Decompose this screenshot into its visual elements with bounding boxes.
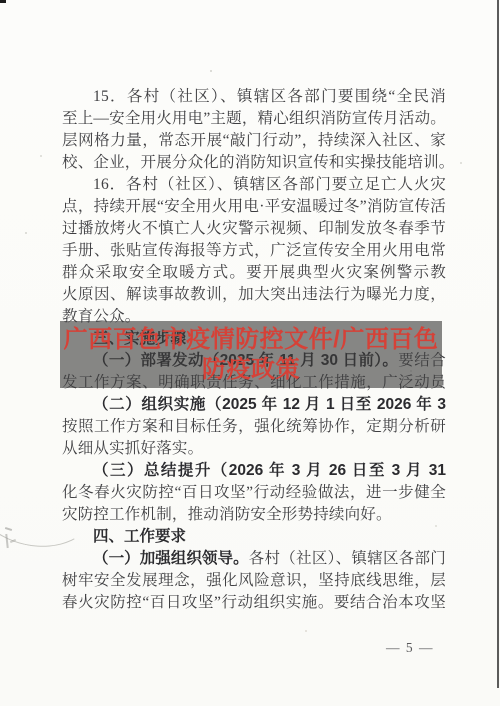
text-segment: 从细从实抓好落实。 bbox=[62, 440, 203, 457]
text-segment: 火原因、解读事故教训，加大突出违法行为曝光力度，警示企业、 bbox=[62, 286, 446, 306]
document-line-7: 过播放烤火不慎亡人火灾警示视频、印制发放冬春季节消防宣传 bbox=[62, 218, 446, 240]
text-segment: 按照工作方案和目标任务，强化统筹协作，定期分析研判，从严 bbox=[62, 418, 446, 438]
document-line-23: 树牢安全发展理念，强化风险意识，坚持底线思维，层层抓好冬 bbox=[62, 570, 446, 592]
text-segment: 点，持续开展“安全用火用电·平安温暖过冬”消防宣传活动，通 bbox=[62, 198, 446, 218]
page-number: — 5 — bbox=[386, 640, 434, 656]
document-line-24: 春火灾防控“百日攻坚”行动组织实施。要结合治本攻坚三年行 bbox=[62, 592, 446, 614]
document-line-21: 四、工作要求 bbox=[62, 526, 446, 548]
scanned-document-page: { "page": { "number_label": "— 5 —" }, "… bbox=[0, 0, 500, 706]
scan-speckles bbox=[210, 70, 212, 72]
document-line-3: 层网格力量，常态开展“敲门行动”，持续深入社区、家庭、学 bbox=[62, 130, 446, 152]
text-segment: 树牢安全发展理念，强化风险意识，坚持底线思维，层层抓好冬 bbox=[62, 572, 446, 592]
watermark-line-2: 防疫政策 bbox=[202, 355, 300, 385]
document-line-16: 按照工作方案和目标任务，强化统筹协作，定期分析研判，从严 bbox=[62, 416, 446, 438]
document-line-5: 16．各村（社区）、镇辖区各部门要立足亡人火灾和冬季特 bbox=[62, 174, 446, 196]
scan-edge-line bbox=[497, 0, 499, 688]
text-segment: 16．各村（社区）、镇辖区各部门要立足亡人火灾和冬季特 bbox=[62, 176, 446, 196]
document-line-17: 从细从实抓好落实。 bbox=[62, 438, 446, 460]
bold-text-segment: （一）加强组织领导。 bbox=[93, 550, 249, 567]
document-line-18: （三）总结提升（2026 年 3 月 26 日至 3 月 31 日）。总结固 bbox=[62, 460, 446, 482]
bold-text-segment: （三）总结提升（2026 年 3 月 26 日至 3 月 31 日）。 bbox=[62, 462, 446, 482]
document-line-9: 群众采取安全取暖方式。要开展典型火灾案例警示教育，剖析起 bbox=[62, 262, 446, 284]
document-line-19: 化冬春火灾防控“百日攻坚”行动经验做法，进一步健全完善火 bbox=[62, 482, 446, 504]
document-line-2: 至上—安全用火用电”主题，精心组织消防宣传月活动。联动基 bbox=[62, 108, 446, 130]
text-segment: 至上—安全用火用电”主题，精心组织消防宣传月活动。联动基 bbox=[62, 110, 446, 130]
text-segment: 校、企业，开展分众化的消防知识宣传和实操技能培训。 bbox=[62, 154, 455, 171]
document-line-10: 火原因、解读事故教训，加大突出违法行为曝光力度，警示企业、 bbox=[62, 284, 446, 306]
text-segment: 化冬春火灾防控“百日攻坚”行动经验做法，进一步健全完善火 bbox=[62, 484, 446, 504]
bold-text-segment: 四、工作要求 bbox=[93, 528, 186, 545]
document-line-6: 点，持续开展“安全用火用电·平安温暖过冬”消防宣传活动，通 bbox=[62, 196, 446, 218]
text-segment: 过播放烤火不慎亡人火灾警示视频、印制发放冬春季节消防宣传 bbox=[62, 220, 446, 240]
bold-text-segment: （二）组织实施（2025 年 12 月 1 日至 2026 年 3 月 25 日… bbox=[62, 396, 446, 416]
text-segment: 层网格力量，常态开展“敲门行动”，持续深入社区、家庭、学 bbox=[62, 132, 446, 152]
text-segment: 手册、张贴宣传海报等方式，广泛宣传安全用火用电常识，引导 bbox=[62, 242, 446, 262]
document-line-15: （二）组织实施（2025 年 12 月 1 日至 2026 年 3 月 25 日… bbox=[62, 394, 446, 416]
text-segment: 春火灾防控“百日攻坚”行动组织实施。要结合治本攻坚三年行 bbox=[62, 594, 446, 614]
document-line-4: 校、企业，开展分众化的消防知识宣传和实操技能培训。 bbox=[62, 152, 446, 174]
text-segment: 15．各村（社区）、镇辖区各部门要围绕“全民消防，生命 bbox=[62, 88, 446, 108]
document-line-8: 手册、张贴宣传海报等方式，广泛宣传安全用火用电常识，引导 bbox=[62, 240, 446, 262]
document-line-1: 15．各村（社区）、镇辖区各部门要围绕“全民消防，生命 bbox=[62, 86, 446, 108]
watermark-overlay-box: 广西百色市疫情防控文件/广西百色 防疫政策 bbox=[60, 321, 442, 388]
document-line-20: 灾防控工作机制，推动消防安全形势持续向好。 bbox=[62, 504, 446, 526]
text-segment: 群众采取安全取暖方式。要开展典型火灾案例警示教育，剖析起 bbox=[62, 264, 446, 284]
watermark-line-1: 广西百色市疫情防控文件/广西百色 bbox=[64, 325, 439, 355]
document-line-22: （一）加强组织领导。各村（社区）、镇辖区各部门要切实 bbox=[62, 548, 446, 570]
scan-corner-mark bbox=[0, 0, 6, 3]
text-segment: 灾防控工作机制，推动消防安全形势持续向好。 bbox=[62, 506, 392, 523]
